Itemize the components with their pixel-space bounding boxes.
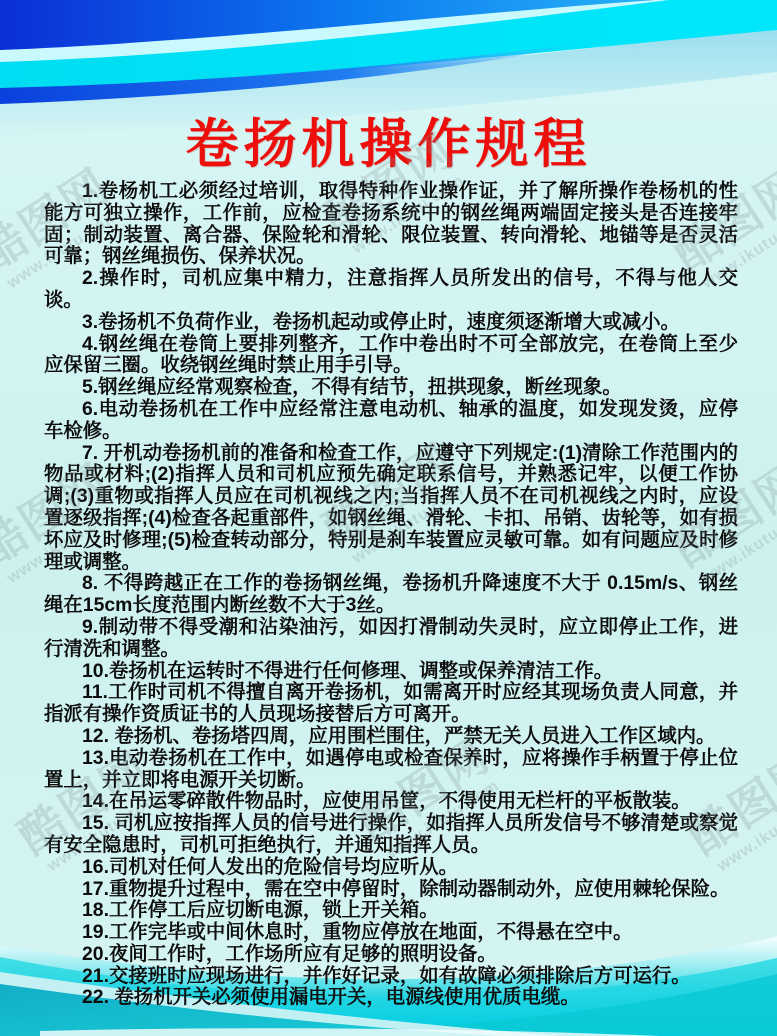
rule-item-17: 17.重物提升过程中，需在空中停留时，除制动器制动外，应使用棘轮保险。: [44, 879, 738, 901]
rule-item-3: 3.卷扬机不负荷作业，卷扬机起动或停止时，速度须逐渐增大或减小。: [44, 312, 738, 334]
rules-list: 1.卷杨机工必须经过培训，取得特种作业操作证，并了解所操作卷杨机的性能方可独立操…: [44, 181, 738, 1009]
rule-item-18: 18.工作停工后应切断电源，锁上开关箱。: [44, 900, 738, 922]
poster: 卷扬机操作规程 1.卷杨机工必须经过培训，取得特种作业操作证，并了解所操作卷杨机…: [0, 0, 777, 1036]
rule-item-4: 4.钢丝绳在卷筒上要排列整齐，工作中卷出时不可全部放完，在卷筒上至少应保留三圈。…: [44, 334, 738, 378]
rule-item-21: 21.交接班时应现场进行，并作好记录，如有故障必须排除后方可运行。: [44, 966, 738, 988]
rule-item-11: 11.工作时司机不得擅自离开卷扬机，如需离开时应经其现场负责人同意，并指派有操作…: [44, 682, 738, 726]
rule-item-8: 8. 不得跨越正在工作的卷扬钢丝绳，卷扬机升降速度不大于 0.15m/s、钢丝绳…: [44, 573, 738, 617]
rule-item-2: 2.操作时，司机应集中精力，注意指挥人员所发出的信号，不得与他人交谈。: [44, 268, 738, 312]
rule-item-20: 20.夜间工作时，工作场所应有足够的照明设备。: [44, 944, 738, 966]
rule-item-1: 1.卷杨机工必须经过培训，取得特种作业操作证，并了解所操作卷杨机的性能方可独立操…: [44, 181, 738, 268]
rule-item-15: 15. 司机应按指挥人员的信号进行操作，如指挥人员所发信号不够清楚或察觉有安全隐…: [44, 813, 738, 857]
rule-item-22: 22. 卷扬机开关必须使用漏电开关，电源线使用优质电缆。: [44, 987, 738, 1009]
poster-title: 卷扬机操作规程: [0, 102, 777, 178]
rule-item-16: 16.司机对任何人发出的危险信号均应听从。: [44, 857, 738, 879]
rule-item-9: 9.制动带不得受潮和沾染油污，如因打滑制动失灵时，应立即停止工作，进行清洗和调整…: [44, 617, 738, 661]
rule-item-19: 19.工作完毕或中间休息时，重物应停放在地面，不得悬在空中。: [44, 922, 738, 944]
rule-item-13: 13.电动卷扬机在工作中，如遇停电或检查保养时，应将操作手柄置于停止位置上，并立…: [44, 748, 738, 792]
rule-item-6: 6.电动卷扬机在工作中应经常注意电动机、轴承的温度，如发现发烫，应停车检修。: [44, 399, 738, 443]
rule-item-10: 10.卷扬机在运转时不得进行任何修理、调整或保养清洁工作。: [44, 661, 738, 683]
rule-item-5: 5.钢丝绳应经常观察检查，不得有结节，扭拱现象，断丝现象。: [44, 377, 738, 399]
rule-item-12: 12. 卷扬机、卷扬塔四周，应用围栏围住，严禁无关人员进入工作区域内。: [44, 726, 738, 748]
rule-item-7: 7. 开机动卷扬机前的准备和检查工作，应遵守下列规定:(1)清除工作范围内的物品…: [44, 443, 738, 574]
rule-item-14: 14.在吊运零碎散件物品时，应使用吊筐，不得使用无栏杆的平板散装。: [44, 791, 738, 813]
